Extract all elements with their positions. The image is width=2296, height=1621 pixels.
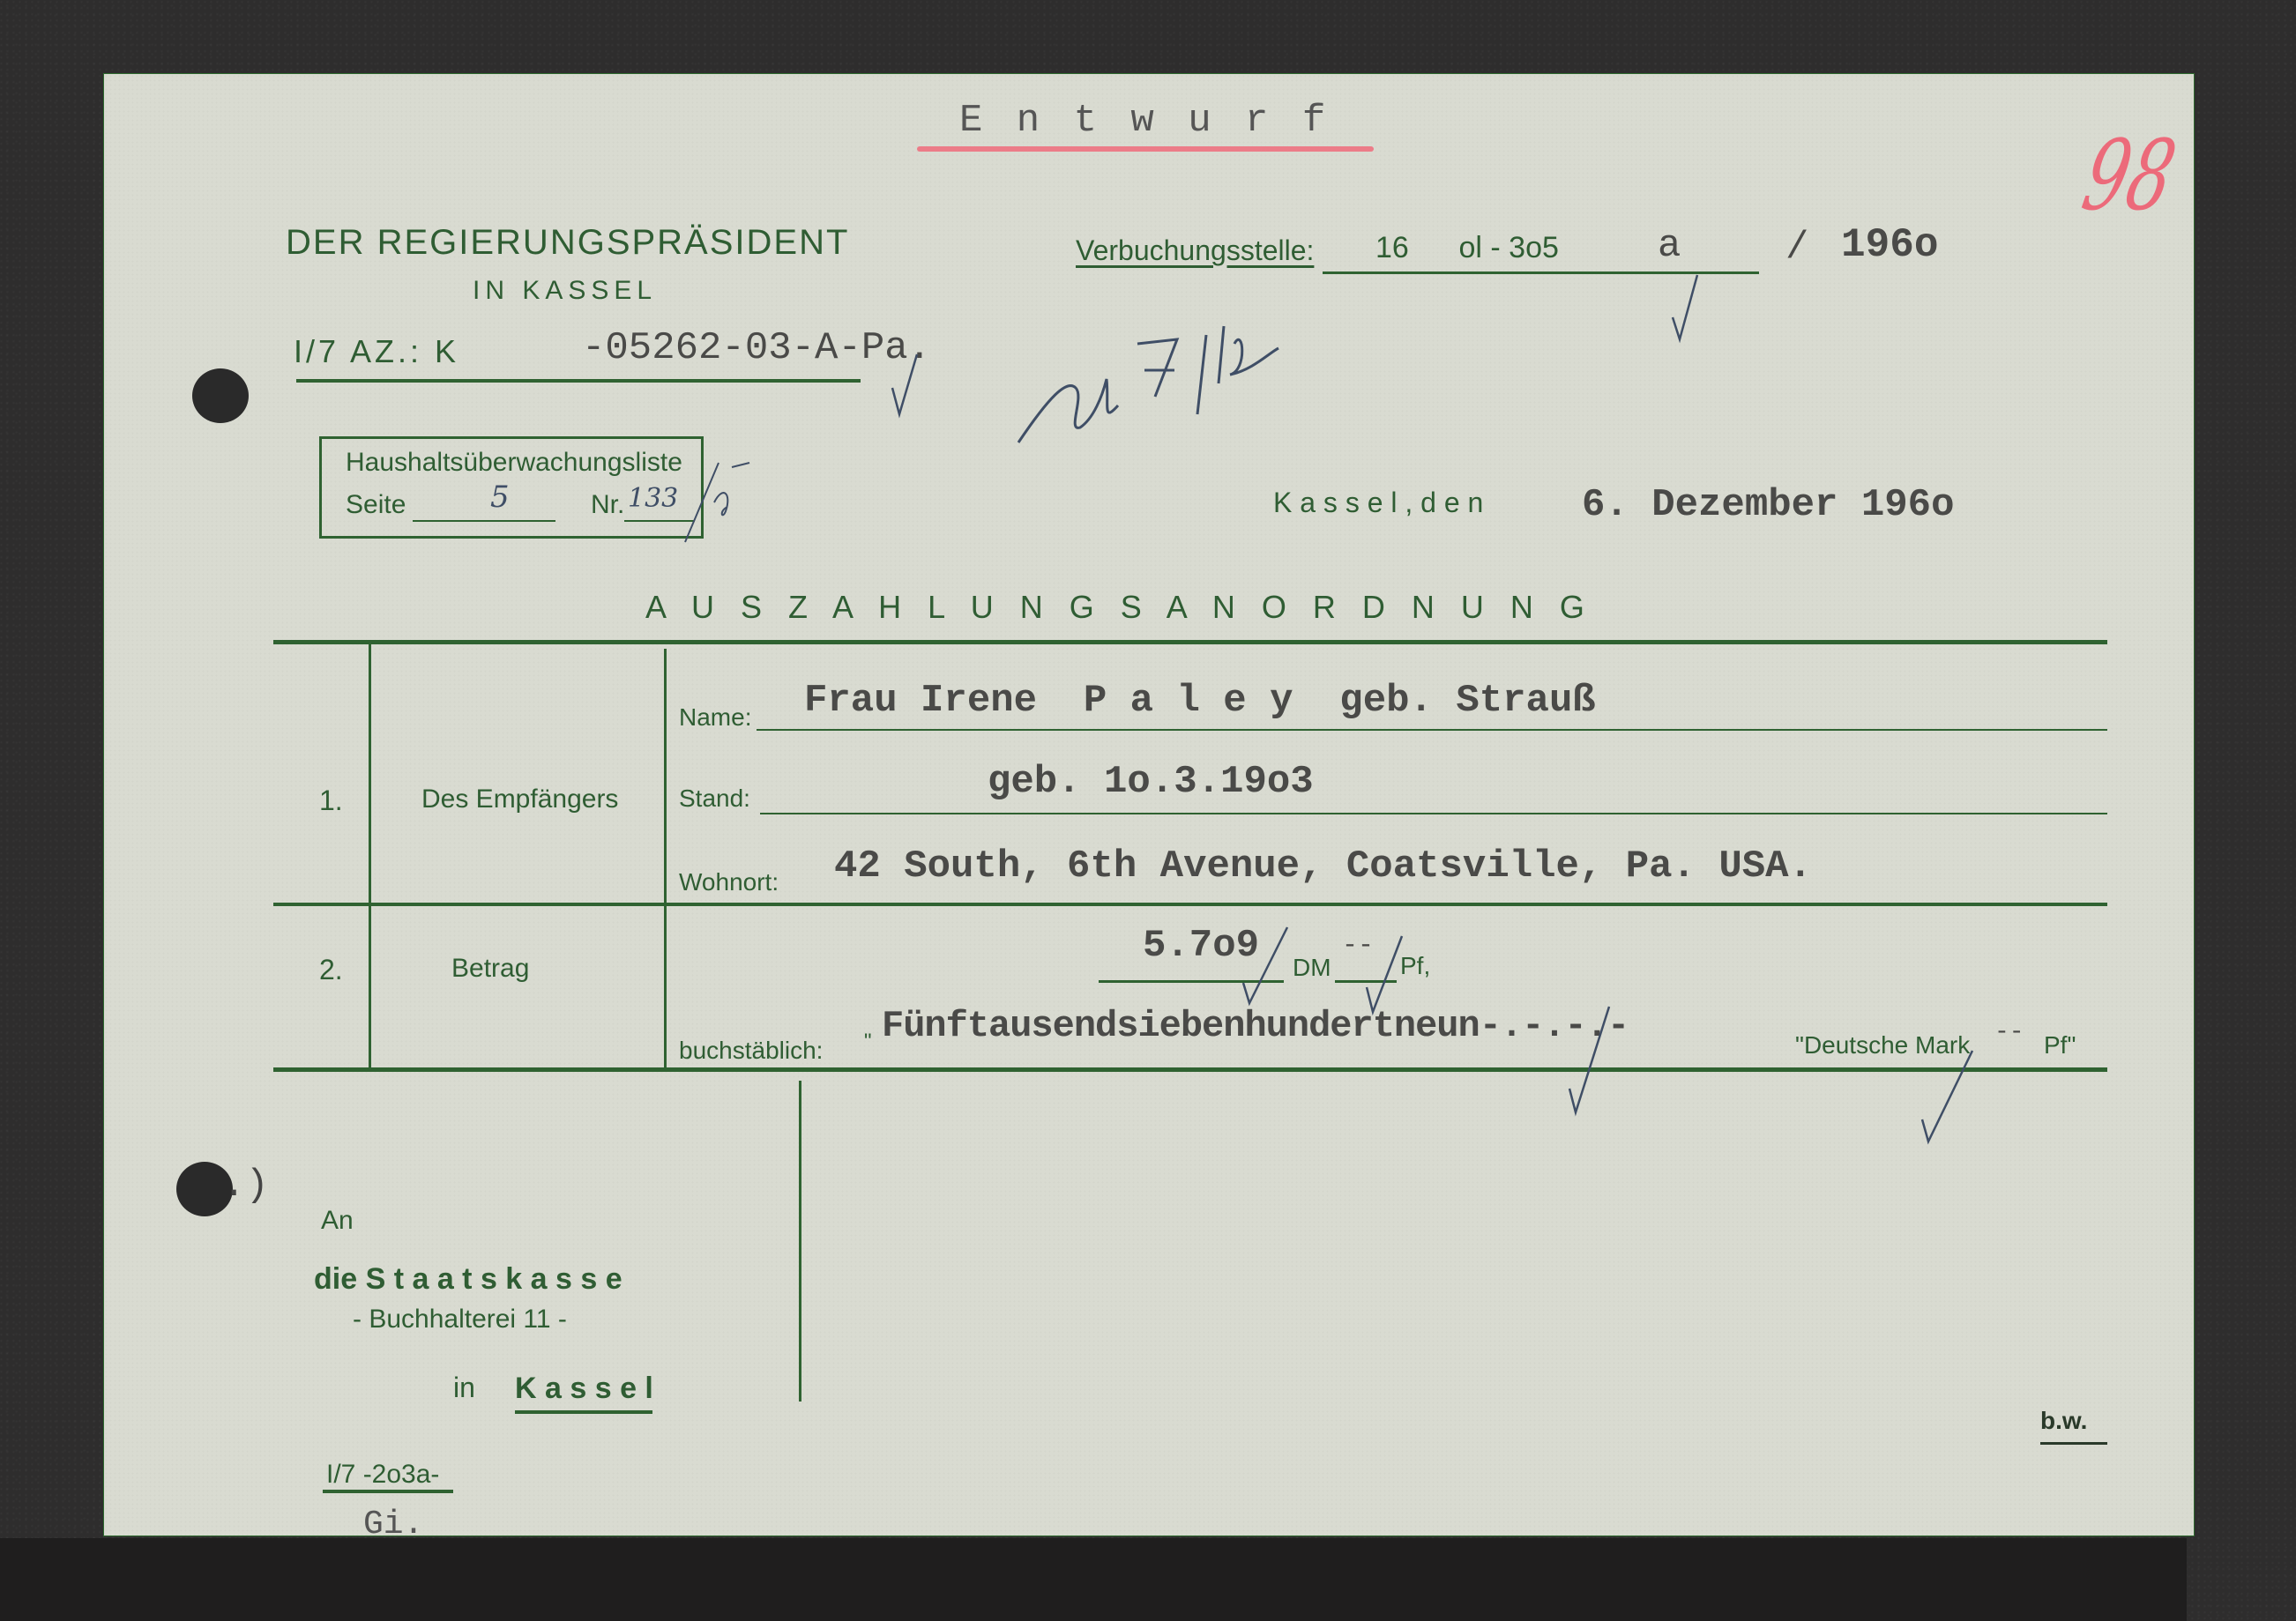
- background-board: [0, 1538, 2187, 1621]
- recipient-name: Frau Irene P a l e y geb. Strauß: [804, 679, 1596, 723]
- budget-box-page-value: 5: [490, 480, 510, 515]
- addressee-city-underline: [515, 1410, 652, 1414]
- recipient-status: geb. 1o.3.19o3: [988, 760, 1314, 804]
- initial-mark-budget: [683, 458, 763, 550]
- residence-field-label: Wohnort:: [679, 868, 779, 896]
- row1-label: Des Empfängers: [421, 784, 618, 814]
- status-field-label: Stand:: [679, 784, 750, 813]
- posting-suffix: a: [1658, 224, 1681, 268]
- addressee-line1: die S t a a t s k a s s e: [314, 1262, 622, 1297]
- name-field-line: [757, 729, 2107, 731]
- budget-box-page-underline: [413, 520, 555, 522]
- table-bottom-border: [273, 1067, 2107, 1072]
- row2-label: Betrag: [451, 954, 529, 984]
- dateline-date: 6. Dezember 196o: [1582, 483, 1954, 527]
- check-mark-deutsche-mark: [1918, 1049, 1979, 1149]
- status-field-line: [760, 813, 2107, 814]
- file-ref-number: -05262-03-A-Pa.: [582, 326, 931, 370]
- budget-box-title: Haushaltsüberwachungsliste: [346, 448, 682, 478]
- item-marker: .): [222, 1164, 269, 1208]
- table-col-divider-1: [369, 643, 371, 1069]
- amount-currency: DM: [1293, 954, 1331, 982]
- budget-box-nr-value: 133: [628, 483, 678, 514]
- please-turn-over: b.w.: [2040, 1407, 2087, 1435]
- table-col-divider-2: [664, 649, 667, 1069]
- document-title: A U S Z A H L U N G S A N O R D N U N G: [645, 589, 1593, 626]
- footer-ref-underline: [323, 1490, 453, 1493]
- footer-initials: Gi.: [363, 1506, 423, 1543]
- addressee-divider: [799, 1081, 801, 1402]
- in-words-pf-label: Pf": [2044, 1031, 2076, 1060]
- check-mark-file-ref: [891, 353, 926, 427]
- recipient-residence: 42 South, 6th Avenue, Coatsville, Pa. US…: [834, 844, 1812, 889]
- in-words-pf-value: --: [1994, 1019, 2024, 1046]
- punch-hole-top: [192, 368, 249, 423]
- in-words-label: buchstäblich:: [679, 1037, 823, 1065]
- posting-year: 196o: [1841, 222, 1938, 268]
- authority-city: IN KASSEL: [473, 276, 657, 306]
- amount-in-words: Fünftausendsiebenhundertneun-.-.-.-: [882, 1005, 1629, 1047]
- budget-box-nr-label: Nr.: [591, 490, 624, 520]
- row2-number: 2.: [319, 954, 343, 986]
- check-mark-amount: [1239, 926, 1292, 1008]
- draft-underline: [917, 146, 1374, 152]
- authority-name: DER REGIERUNGSPRÄSIDENT: [286, 223, 849, 263]
- row1-number: 1.: [319, 784, 343, 817]
- posting-year-separator: /: [1785, 226, 1808, 270]
- table-row-divider: [273, 903, 2107, 906]
- posting-value: 16 ol - 3o5: [1375, 231, 1559, 265]
- draft-label: E n t w u r f: [959, 99, 1331, 143]
- in-words-open-quote: ": [864, 1030, 872, 1054]
- addressee-city: K a s s e l: [515, 1372, 653, 1406]
- file-ref-prefix: I/7 AZ.: K: [294, 333, 459, 370]
- file-ref-underline: [296, 379, 861, 383]
- dateline-place: K a s s e l , d e n: [1273, 487, 1483, 519]
- check-mark-posting: [1671, 273, 1706, 347]
- please-turn-over-underline: [2040, 1442, 2107, 1445]
- budget-box-page-label: Seite: [346, 490, 406, 520]
- table-top-border: [273, 640, 2107, 644]
- handwritten-note-ab-7-12: [1014, 317, 1437, 462]
- posting-label: Verbuchungsstelle:: [1076, 234, 1314, 267]
- footer-ref: I/7 -2o3a-: [326, 1460, 439, 1490]
- name-field-label: Name:: [679, 703, 751, 732]
- addressee-to: An: [321, 1206, 354, 1236]
- check-mark-in-words: [1565, 1005, 1618, 1123]
- addressee-city-prefix: in: [453, 1372, 475, 1404]
- addressee-line2: - Buchhalterei 11 -: [353, 1305, 567, 1335]
